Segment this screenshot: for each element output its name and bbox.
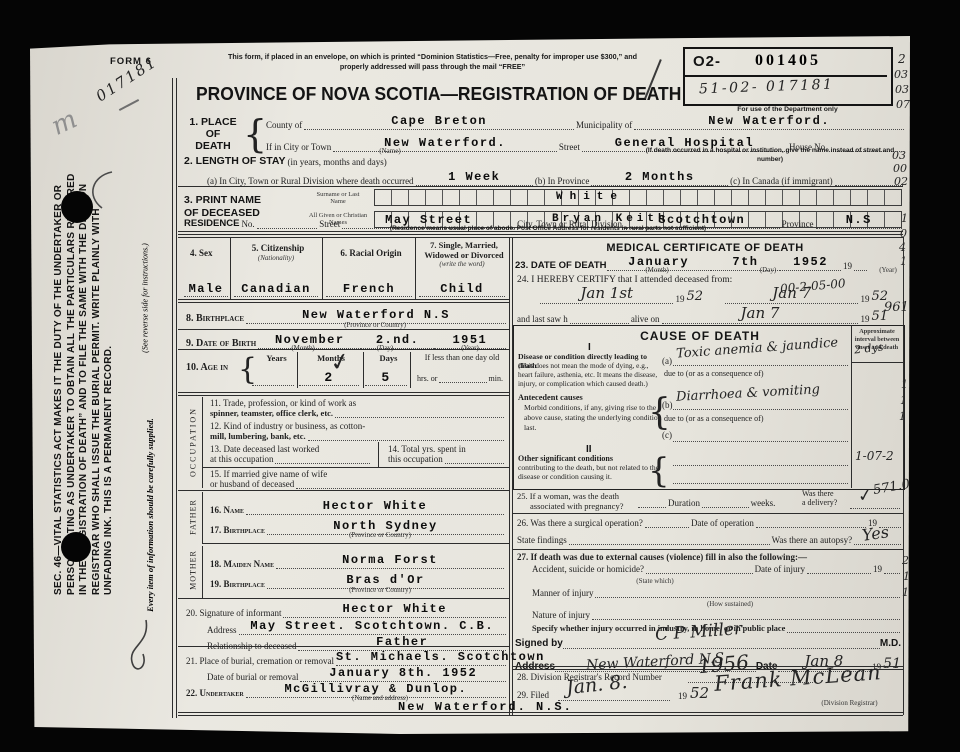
antecedent-brace: {	[648, 392, 671, 433]
marital-label-line2: Widowed or Divorced	[417, 250, 511, 260]
to-year-prefix: 19	[858, 294, 871, 304]
rule	[178, 329, 510, 330]
cause-due1-label: due to (or as a consequence of)	[662, 369, 766, 378]
residence-no-fill	[257, 228, 318, 229]
alive-on-fill: Jan 7	[662, 306, 859, 324]
birthplace-sub: (Province or Country)	[300, 321, 450, 329]
statute-text: SEC. 46—VITAL STATISTICS ACT MAKES IT TH…	[53, 173, 114, 595]
delivery-checkmark: ✓	[857, 485, 874, 507]
death-year-value: 1952	[793, 255, 828, 269]
operation-date-label: Date of operation	[689, 518, 756, 528]
cell-divider	[230, 237, 231, 299]
pen-loop-mark	[126, 618, 154, 676]
operation-fill	[645, 527, 689, 528]
stub-rule-outer	[172, 78, 173, 718]
residence-no-label: No.	[239, 219, 256, 229]
state-findings-fill	[569, 544, 770, 545]
cell-divider	[322, 237, 323, 299]
pregnancy-fill	[638, 507, 666, 508]
attended-from-value: Jan 1st	[580, 284, 633, 302]
mother-maiden-name-value: Norma Forst	[342, 553, 438, 567]
municipality-value: New Waterford.	[708, 114, 830, 128]
field11-label-line2: spinner, teamster, office clerk, etc.	[208, 408, 335, 418]
duration-fill	[702, 507, 749, 508]
rule	[178, 490, 510, 491]
field12-fill	[308, 440, 504, 441]
operation-label: 26. Was there a surgical operation?	[515, 518, 645, 528]
margin-code: 1	[901, 212, 908, 225]
cause-c-fill	[673, 428, 848, 442]
mother-maiden-name-label: 18. Maiden Name	[208, 559, 276, 569]
father-birthplace-sub: (Province or Country)	[300, 531, 460, 539]
rule	[178, 234, 903, 235]
margin-note-961: 961	[884, 300, 909, 315]
group-bracket	[202, 546, 203, 598]
hrs-fill	[439, 382, 486, 383]
group-bracket	[202, 397, 203, 488]
cause-margin-code: 1-07-2	[855, 449, 894, 463]
death-year-fill2	[854, 270, 867, 271]
autopsy-fill	[854, 544, 901, 545]
municipality-label: Municipality of	[574, 120, 634, 130]
margin-code: 07	[896, 98, 910, 111]
birth-day-sub: (Day)	[355, 344, 415, 352]
nature-label: Nature of injury	[530, 610, 592, 620]
less-than-day-label: If less than one day old	[413, 353, 511, 362]
field1-label-line1: 1. PLACE	[184, 116, 242, 128]
father-birthplace-label: 17. Birthplace	[208, 525, 267, 535]
rule	[202, 467, 510, 468]
father-group-label: FATHER	[189, 489, 198, 545]
death-day-sub: (Day)	[738, 266, 798, 274]
rule	[178, 715, 903, 716]
death-year-prefix: 19	[841, 261, 854, 271]
supply-note-vertical: Every item of information should be care…	[145, 375, 155, 655]
father-name-label: 16. Name	[208, 505, 246, 515]
rule	[178, 302, 510, 303]
part2-fill1	[673, 452, 848, 466]
margin-code: 03	[895, 83, 909, 96]
rule	[513, 513, 903, 514]
cause-c-label: (c)	[660, 430, 674, 440]
margin-code: 03	[894, 68, 908, 81]
age-years-label: Years	[252, 353, 301, 363]
informant-signature-fill: Hector White	[283, 600, 506, 618]
residence-note: (Residence means usual place of abode. P…	[322, 225, 774, 234]
cause-part1-note: (This does not mean the mode of dying, e…	[516, 361, 666, 388]
stay-a-label: (a) In City, Town or Rural Division wher…	[205, 176, 416, 186]
nature-fill	[592, 619, 900, 620]
surname-grid	[374, 189, 902, 206]
burial-place-value: St. Michaels. Scotchtown	[336, 650, 545, 664]
field15-label-line2: or husband of deceased	[208, 479, 296, 489]
age-days-label: Days	[365, 353, 412, 363]
stamp-handwritten-number: 51-02- 017181	[699, 77, 835, 98]
informant-signature-value: Hector White	[343, 602, 447, 616]
mother-birthplace-label: 19. Birthplace	[208, 579, 267, 589]
department-stamp-box: O2- 001405 51-02- 017181	[683, 47, 893, 106]
antecedent-label: Antecedent causes	[516, 393, 585, 402]
field1-label-line3: DEATH	[184, 140, 242, 152]
column-divider	[509, 237, 510, 715]
residence-province-fill: N.S	[816, 211, 902, 229]
division-registrar-sub: (Division Registrar)	[792, 699, 907, 707]
field12-label-line1: 12. Kind of industry or business, as cot…	[208, 421, 367, 431]
field15-fill	[296, 488, 504, 489]
surname-value: White	[556, 191, 624, 203]
cause-a-label: (a)	[660, 356, 674, 366]
mail-notice: This form, if placed in an envelope, on …	[215, 52, 650, 71]
rule	[178, 237, 903, 238]
city-sub-label: (Name)	[330, 147, 450, 155]
age-days-value: 5	[365, 370, 407, 386]
city-label: If in City or Town	[264, 142, 333, 152]
rule	[178, 299, 510, 300]
attended-from-fill: Jan 1st	[540, 286, 673, 304]
form-title: PROVINCE OF NOVA SCOTIA—REGISTRATION OF …	[196, 84, 662, 105]
cause-due2-label: due to (or as a consequence of)	[662, 414, 766, 423]
from-year-prefix: 19	[673, 294, 686, 304]
statute-notice-vertical: SEC. 46—VITAL STATISTICS ACT MAKES IT TH…	[53, 165, 143, 595]
racial-origin-value: French	[326, 282, 412, 297]
pen-hook-mark	[84, 168, 116, 210]
scanned-death-certificate: FORM 6 017181 m SEC. 46—VITAL STATISTICS…	[0, 0, 960, 752]
municipality-fill: New Waterford.	[634, 112, 904, 130]
alive-on-label: alive on	[629, 314, 662, 324]
from-year-value: 52	[686, 289, 703, 304]
field14-label-line2: this occupation	[386, 454, 445, 464]
signed-by-label: Signed by	[515, 638, 563, 649]
birthplace-value: New Waterford N.S	[302, 308, 450, 322]
alive-on-value: Jan 7	[741, 304, 780, 322]
age-label: 10. Age in	[184, 362, 230, 373]
field1-label-line2: OF	[184, 128, 242, 140]
stay-a-value: 1 Week	[448, 170, 500, 184]
how-sustained-sub: (How sustained)	[670, 600, 790, 608]
stay-b-fill: 2 Months	[591, 168, 728, 186]
rule	[178, 598, 510, 599]
operation-date-fill	[756, 527, 866, 528]
surname-label: Surname or Last Name	[308, 191, 368, 206]
stay-c-label: (c) In Canada (if immigrant)	[728, 176, 834, 186]
min-label: min.	[487, 374, 505, 383]
father-name-value: Hector White	[323, 499, 427, 513]
injury-year-prefix: 19	[871, 564, 884, 574]
external-causes-label: 27. If death was due to external causes …	[515, 552, 809, 562]
part2-brace: {	[648, 451, 670, 491]
field12-label-line2: mill, lumbering, bank, etc.	[208, 431, 308, 441]
pregnancy-label-line1: 25. If a woman, was the death	[515, 491, 621, 501]
filed-label: 29. Filed	[515, 690, 551, 700]
birth-year-sub: (Year)	[440, 344, 500, 352]
stub-rule-inner	[176, 78, 177, 718]
undertaker-label: 22. Undertaker	[184, 688, 246, 698]
rule	[202, 543, 510, 544]
county-value: Cape Breton	[391, 114, 487, 128]
burial-date-value: January 8th. 1952	[329, 666, 477, 680]
stay-b-label: (b) In Province	[533, 176, 591, 186]
manner-fill	[595, 597, 900, 598]
part2-fill2	[673, 470, 848, 484]
hole-punch-bottom	[61, 532, 91, 562]
autopsy-label: Was there an autopsy?	[770, 535, 855, 545]
field3-label-line1: 3. PRINT NAME	[184, 194, 261, 206]
marital-value: Child	[419, 282, 505, 297]
state-findings-label: State findings	[515, 535, 569, 545]
mother-birthplace-sub: (Province or Country)	[300, 586, 460, 594]
hospital-note: (If death occurred in a hospital or inst…	[634, 147, 906, 165]
rule	[178, 712, 903, 713]
mother-group-label: MOTHER	[189, 542, 198, 598]
citizenship-value: Canadian	[234, 282, 318, 297]
rule	[178, 392, 510, 393]
field15-label-line1: 15. If married give name of wife	[208, 469, 329, 479]
group-bracket	[202, 492, 203, 543]
autopsy-value: Yes	[861, 522, 890, 545]
field11-label-line1: 11. Trade, profession, or kind of work a…	[208, 398, 358, 408]
county-label: County of	[264, 120, 304, 130]
mother-birthplace-value: Bras d'Or	[346, 573, 424, 587]
mother-maiden-name-fill: Norma Forst	[276, 551, 504, 569]
street-label: Street	[557, 142, 582, 152]
hrs-label: hrs. or	[415, 374, 439, 383]
residence-province-value: N.S	[846, 213, 872, 227]
death-year-sub: (Year)	[868, 266, 908, 274]
sex-label: 4. Sex	[188, 248, 215, 258]
father-name-fill: Hector White	[246, 497, 504, 515]
accident-label: Accident, suicide or homicide?	[530, 564, 646, 574]
last-year-prefix: 19	[858, 314, 871, 324]
specify-fill	[787, 632, 900, 633]
pregnancy-label-line2: associated with pregnancy?	[528, 501, 625, 511]
field2-label: 2. LENGTH OF STAY	[184, 155, 286, 167]
marital-sub: (write the word)	[417, 260, 507, 268]
last-saw-label: and last saw h	[515, 314, 570, 324]
injury-date-fill	[807, 573, 871, 574]
antecedent-note: Morbid conditions, if any, giving rise t…	[522, 403, 664, 433]
stamp-prefix: O2-	[693, 53, 721, 70]
field11-fill	[335, 417, 504, 418]
md-label: M.D.	[880, 638, 901, 649]
margin-code: 2	[898, 52, 906, 66]
last-saw-fill1	[570, 323, 629, 324]
state-which-sub: (State which)	[600, 577, 710, 585]
date-of-birth-label: 9. Date of Birth	[184, 338, 258, 349]
manner-label: Manner of injury	[530, 588, 595, 598]
occupation-group-label: OCCUPATION	[189, 397, 198, 487]
delivery-label-line1: Was there	[800, 489, 836, 498]
signed-by-fill	[563, 648, 880, 649]
rule	[513, 549, 903, 550]
stay-b-value: 2 Months	[625, 170, 695, 184]
rule	[851, 362, 903, 363]
filed-year-prefix: 19	[676, 691, 689, 701]
field13-fill	[275, 463, 370, 464]
date-of-death-label: 23. DATE OF DEATH	[515, 260, 607, 271]
rule	[178, 186, 903, 187]
age-years-fill	[252, 371, 294, 386]
field14-label-line1: 14. Total yrs. spent in	[386, 444, 468, 454]
residence-label: RESIDENCE	[184, 218, 239, 229]
stamp-number: 001405	[755, 52, 821, 70]
margin-code: 1	[903, 570, 910, 583]
rule	[178, 646, 510, 647]
filed-year-value: 52	[690, 684, 709, 702]
cell-divider	[378, 442, 379, 467]
interval-column-divider	[851, 325, 852, 488]
weeks-label: weeks.	[749, 498, 778, 508]
duration-label: Duration	[666, 498, 702, 508]
death-month-sub: (Month)	[612, 266, 702, 274]
racial-origin-label: 6. Racial Origin	[326, 248, 416, 258]
accident-fill	[646, 573, 753, 574]
county-fill: Cape Breton	[304, 112, 574, 130]
birthplace-label: 8. Birthplace	[184, 313, 246, 324]
informant-address-value: May Street. Scotchtown. C.B.	[250, 619, 494, 633]
field1-label: 1. PLACE OF DEATH	[184, 116, 242, 152]
injury-year-fill	[884, 573, 900, 574]
injury-date-label: Date of injury	[753, 564, 807, 574]
delivery-label-line2: a delivery?	[800, 498, 839, 507]
marital-label-line1: 7. Single, Married,	[417, 240, 511, 250]
cause-part2-label: Other significant conditions	[516, 454, 668, 463]
field13-label-line2: at this occupation	[208, 454, 275, 464]
citizenship-sub: (Nationality)	[234, 254, 318, 262]
citizenship-label: 5. Citizenship	[234, 243, 322, 253]
cell-divider	[415, 237, 416, 299]
residence-province-label: Province	[780, 219, 816, 229]
cause-part2-note: contributing to the death, but not relat…	[516, 463, 666, 482]
sex-value: Male	[184, 282, 228, 297]
field14-fill	[445, 463, 504, 464]
stamp-divider	[685, 75, 887, 77]
field13-label-line1: 13. Date deceased last worked	[208, 444, 321, 454]
rule	[178, 395, 510, 396]
cell-divider	[363, 352, 364, 388]
field2-label-sub: (in years, months and days)	[286, 157, 389, 167]
stay-a-fill: 1 Week	[416, 168, 533, 186]
